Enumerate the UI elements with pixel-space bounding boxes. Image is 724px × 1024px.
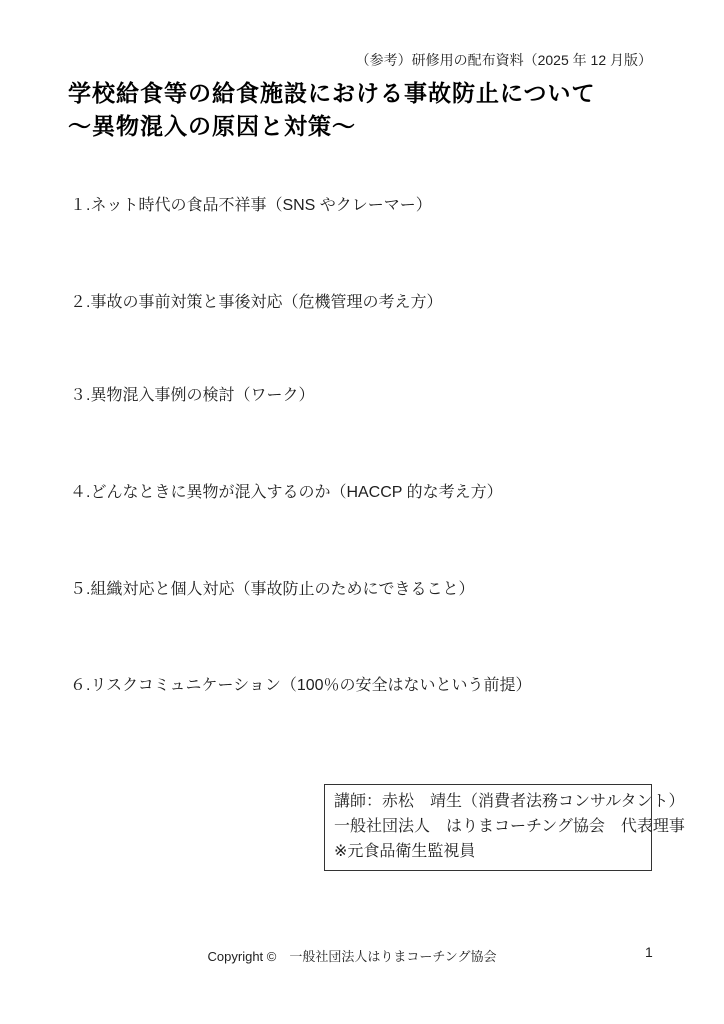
agenda-item-2: ２.事故の事前対策と事後対応（危機管理の考え方）: [70, 292, 442, 314]
lecturer-info-box: 講師：赤松 靖生（消費者法務コンサルタント） 一般社団法人 はりまコーチング協会…: [324, 784, 652, 871]
lecturer-note-line: ※元食品衛生監視員: [334, 839, 642, 864]
agenda-item-1: １.ネット時代の食品不祥事（SNS やクレーマー）: [70, 195, 432, 217]
agenda-item-3: ３.異物混入事例の検討（ワーク）: [70, 385, 314, 407]
agenda-item-6: ６.リスクコミュニケーション（100％の安全はないという前提）: [70, 675, 532, 697]
document-title: 学校給食等の給食施設における事故防止について ～異物混入の原因と対策～: [68, 77, 596, 143]
title-line-1: 学校給食等の給食施設における事故防止について: [68, 77, 596, 110]
footer-copyright: Copyright © 一般社団法人はりまコーチング協会: [0, 946, 704, 965]
lecturer-org-line: 一般社団法人 はりまコーチング協会 代表理事: [334, 814, 642, 839]
title-line-2: ～異物混入の原因と対策～: [68, 110, 596, 143]
lecturer-name-line: 講師：赤松 靖生（消費者法務コンサルタント）: [334, 789, 642, 814]
header-note: （参考）研修用の配布資料（2025 年 12 月版）: [356, 50, 652, 70]
agenda-item-5: ５.組織対応と個人対応（事故防止のためにできること）: [70, 579, 474, 601]
page-number: 1: [645, 944, 653, 960]
agenda-item-4: ４.どんなときに異物が混入するのか（HACCP 的な考え方）: [70, 482, 503, 504]
document-page: （参考）研修用の配布資料（2025 年 12 月版） 学校給食等の給食施設におけ…: [0, 0, 724, 1024]
